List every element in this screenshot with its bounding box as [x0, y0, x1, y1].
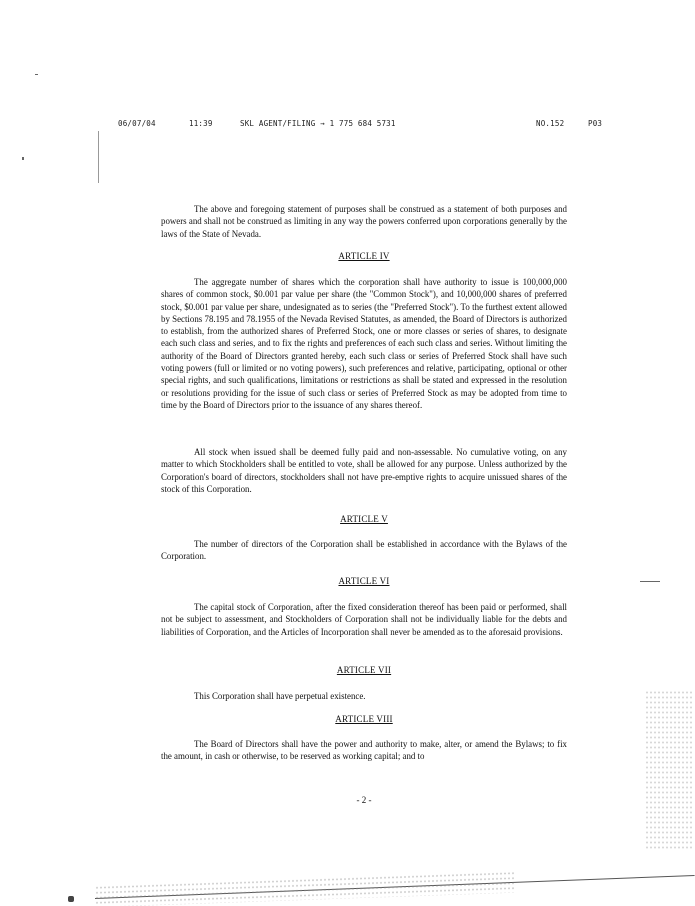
scan-edge-noise	[95, 871, 515, 906]
fax-header: 06/07/04 11:39 SKL AGENT/FILING → 1 775 …	[118, 119, 608, 131]
paragraph-purposes: The above and foregoing statement of pur…	[161, 203, 567, 240]
fax-number: NO.152	[536, 119, 564, 128]
heading-article-viii: ARTICLE VIII	[161, 714, 567, 724]
fax-sender: SKL AGENT/FILING → 1 775 684 5731	[240, 119, 396, 128]
paragraph-directors: The number of directors of the Corporati…	[161, 538, 567, 563]
heading-article-vi: ARTICLE VI	[161, 576, 567, 586]
fax-page-code: P03	[588, 119, 602, 128]
heading-article-iv: ARTICLE IV	[161, 251, 567, 261]
margin-rule	[98, 131, 99, 183]
scan-speck	[22, 157, 24, 160]
fax-date: 06/07/04	[118, 119, 156, 128]
heading-article-vii: ARTICLE VII	[161, 665, 567, 675]
paragraph-shares: The aggregate number of shares which the…	[161, 276, 567, 411]
paragraph-bylaws: The Board of Directors shall have the po…	[161, 738, 567, 763]
fax-time: 11:39	[189, 119, 213, 128]
paragraph-existence: This Corporation shall have perpetual ex…	[161, 690, 567, 702]
paragraph-stock-issued: All stock when issued shall be deemed fu…	[161, 446, 567, 495]
scan-speck	[640, 581, 660, 582]
page-number: - 2 -	[161, 795, 567, 805]
heading-article-v: ARTICLE V	[161, 514, 567, 524]
paragraph-capital-stock: The capital stock of Corporation, after …	[161, 601, 567, 638]
scan-noise	[645, 690, 693, 850]
scan-speck	[35, 74, 38, 75]
scan-speck	[68, 896, 74, 902]
